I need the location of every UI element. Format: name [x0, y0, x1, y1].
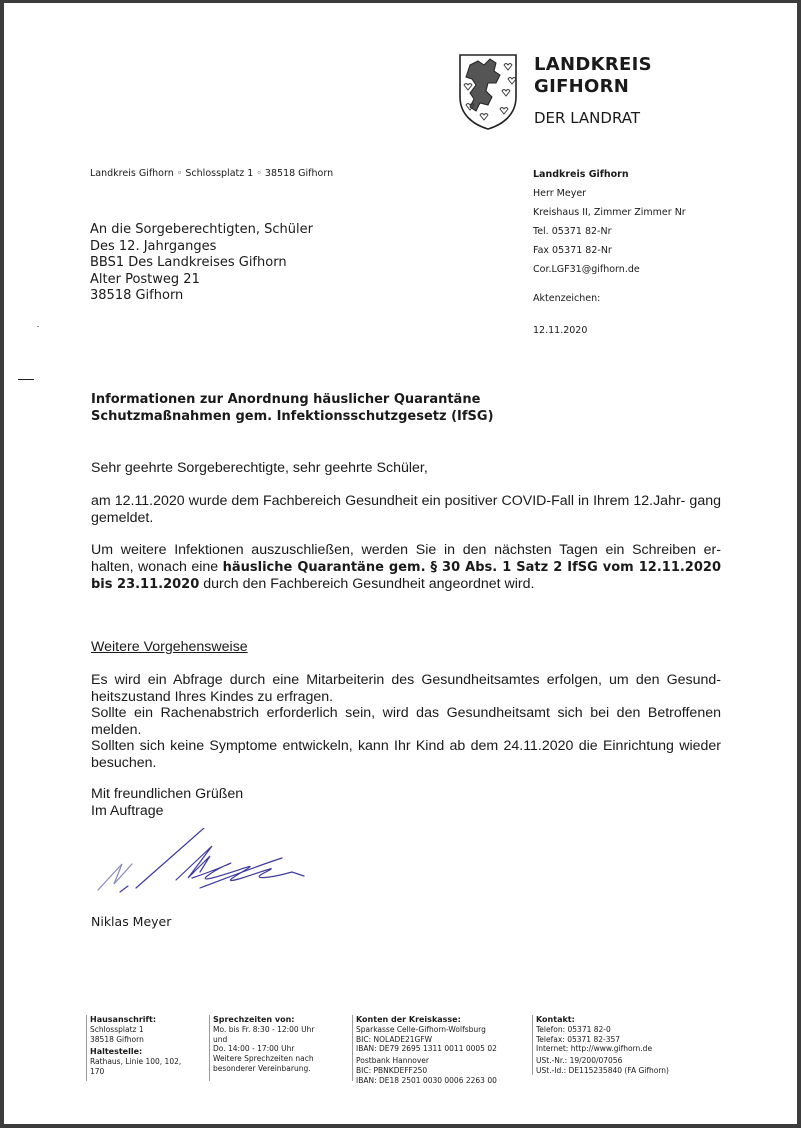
- footer-address-line: Schlossplatz 1: [90, 1025, 208, 1035]
- footer-account-line: BIC: PBNKDEFF250: [356, 1066, 526, 1076]
- footer-accounts: Konten der Kreiskasse: Sparkasse Celle-G…: [356, 1015, 526, 1086]
- subject: Informationen zur Anordnung häuslicher Q…: [91, 391, 494, 425]
- paragraph-3-line3: Sollten sich keine Symptome entwickeln, …: [91, 738, 721, 771]
- footer-hours-line: Mo. bis Fr. 8:30 - 12:00 Uhr: [213, 1025, 348, 1035]
- footer-contact-heading: Kontakt:: [536, 1015, 736, 1025]
- footer-contact-line: Telefon: 05371 82-0: [536, 1025, 736, 1035]
- recipient-address: An die Sorgeberechtigten, Schüler Des 12…: [90, 222, 313, 305]
- paragraph-3: Es wird ein Abfrage durch eine Mitarbeit…: [91, 672, 721, 771]
- paragraph-1: am 12.11.2020 wurde dem Fachbereich Gesu…: [91, 493, 721, 526]
- footer-hours-heading: Sprechzeiten von:: [213, 1015, 348, 1025]
- contact-block: Landkreis Gifhorn Herr Meyer Kreishaus I…: [533, 165, 686, 279]
- subject-line1: Informationen zur Anordnung häuslicher Q…: [91, 391, 494, 408]
- footer-account-line: Postbank Hannover: [356, 1056, 526, 1066]
- paragraph-2-end: durch den Fachbereich Gesundheit angeord…: [199, 576, 534, 592]
- contact-email: Cor.LGF31@gifhorn.de: [533, 260, 686, 279]
- footer-contact: Kontakt: Telefon: 05371 82-0 Telefax: 05…: [536, 1015, 736, 1076]
- contact-fax: Fax 05371 82-Nr: [533, 241, 686, 260]
- footer-account-line: Sparkasse Celle-Gifhorn-Wolfsburg: [356, 1025, 526, 1035]
- footer-stop-line: 170: [90, 1067, 208, 1077]
- footer-account-line: IBAN: DE18 2501 0030 0006 2263 00: [356, 1076, 526, 1086]
- section-heading: Weitere Vorgehensweise: [91, 639, 248, 656]
- footer-hours: Sprechzeiten von: Mo. bis Fr. 8:30 - 12:…: [213, 1015, 348, 1074]
- footer-contact-line: USt.-Nr.: 19/200/07056: [536, 1056, 736, 1066]
- contact-room: Kreishaus II, Zimmer Zimmer Nr: [533, 203, 686, 222]
- footer-hours-line: Weitere Sprechzeiten nach: [213, 1054, 348, 1064]
- footer-divider: [86, 1015, 87, 1081]
- brand-line2: GIFHORN: [534, 76, 652, 98]
- fold-mark: [18, 379, 34, 380]
- footer-stop-line: Rathaus, Linie 100, 102,: [90, 1057, 208, 1067]
- handwritten-signature-icon: [92, 828, 307, 898]
- contact-phone: Tel. 05371 82-Nr: [533, 222, 686, 241]
- salutation: Sehr geehrte Sorgeberechtigte, sehr geeh…: [91, 460, 721, 477]
- brand-name: LANDKREIS GIFHORN: [534, 54, 652, 98]
- signer-name: Niklas Meyer: [91, 914, 171, 929]
- footer-divider: [532, 1015, 533, 1075]
- footer-address: Hausanschrift: Schlossplatz 1 38518 Gifh…: [90, 1015, 208, 1077]
- footer-contact-line: Internet: http://www.gifhorn.de: [536, 1044, 736, 1054]
- closing-on-behalf: Im Auftrage: [91, 803, 721, 820]
- footer-address-line: 38518 Gifhorn: [90, 1035, 208, 1045]
- closing: Mit freundlichen Grüßen Im Auftrage: [91, 786, 721, 819]
- footer-address-heading: Hausanschrift:: [90, 1015, 208, 1025]
- sender-return-address: Landkreis Gifhorn ◦ Schlossplatz 1 ◦ 385…: [90, 168, 333, 179]
- aktenzeichen-label: Aktenzeichen:: [533, 293, 600, 304]
- department-name: DER LANDRAT: [534, 109, 640, 127]
- recipient-line: Des 12. Jahrganges: [90, 239, 313, 256]
- recipient-line: Alter Postweg 21: [90, 272, 313, 289]
- footer-hours-line: und: [213, 1035, 348, 1045]
- footer-contact-line: USt.-Id.: DE115235840 (FA Gifhorn): [536, 1066, 736, 1076]
- footer-divider: [209, 1015, 210, 1081]
- subject-line2: Schutzmaßnahmen gem. Infektionsschutzges…: [91, 408, 494, 425]
- recipient-line: 38518 Gifhorn: [90, 288, 313, 305]
- footer-accounts-heading: Konten der Kreiskasse:: [356, 1015, 526, 1025]
- recipient-line: An die Sorgeberechtigten, Schüler: [90, 222, 313, 239]
- footer-hours-line: Do. 14:00 - 17:00 Uhr: [213, 1044, 348, 1054]
- paragraph-3-line1: Es wird ein Abfrage durch eine Mitarbeit…: [91, 672, 721, 705]
- letter-date: 12.11.2020: [533, 325, 587, 336]
- footer-hours-line: besonderer Vereinbarung.: [213, 1064, 348, 1074]
- contact-org: Landkreis Gifhorn: [533, 165, 686, 184]
- footer-divider: [352, 1015, 353, 1081]
- footer-contact-line: Telefax: 05371 82-357: [536, 1035, 736, 1045]
- closing-greeting: Mit freundlichen Grüßen: [91, 786, 721, 803]
- recipient-line: BBS1 Des Landkreises Gifhorn: [90, 255, 313, 272]
- paragraph-2: Um weitere Infektionen auszuschließen, w…: [91, 542, 721, 594]
- footer-account-line: BIC: NOLADE21GFW: [356, 1035, 526, 1045]
- footer-account-line: IBAN: DE79 2695 1311 0011 0005 02: [356, 1044, 526, 1054]
- coat-of-arms-icon: [456, 51, 520, 131]
- scan-speck: [37, 326, 39, 327]
- footer-stop-heading: Haltestelle:: [90, 1047, 208, 1057]
- letter-page: LANDKREIS GIFHORN DER LANDRAT Landkreis …: [4, 3, 797, 1124]
- brand-line1: LANDKREIS: [534, 54, 652, 76]
- contact-person: Herr Meyer: [533, 184, 686, 203]
- paragraph-3-line2: Sollte ein Rachenabstrich erforderlich s…: [91, 705, 721, 738]
